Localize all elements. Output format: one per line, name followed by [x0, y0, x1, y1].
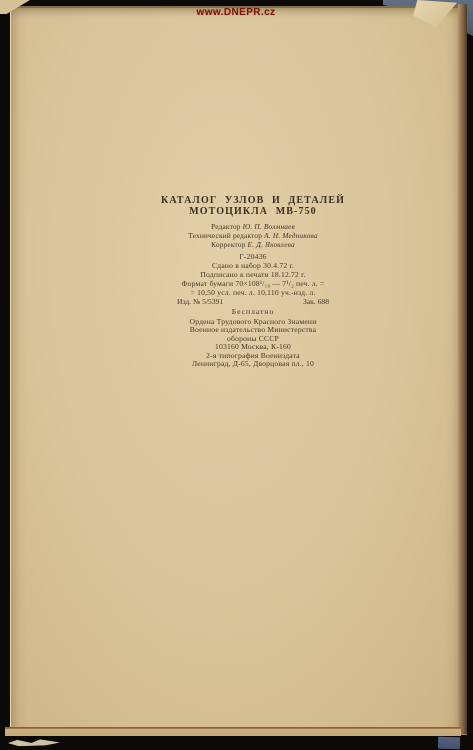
editor-label: Редактор [211, 222, 241, 231]
colophon-block: КАТАЛОГ УЗЛОВ И ДЕТАЛЕЙ МОТОЦИКЛА МВ-750… [63, 195, 443, 369]
edition-number: Изд. № 5/5391 [177, 297, 223, 306]
tech-editor-label: Технический редактор [188, 231, 262, 240]
page-stack-bottom-edge [5, 727, 461, 736]
imprint-block: Г-20436 Сдано в набор 30.4.72 г. Подписа… [63, 252, 443, 317]
book-cover-corner-bottom-right [438, 737, 460, 750]
imprint-line-format: Формат бумаги 70×108¹/₁₆ — 7¹/₂ печ. л. … [63, 279, 443, 288]
watermark-text: www.DNEPR.cz [160, 7, 312, 18]
corrector-label: Корректор [211, 240, 245, 249]
page-right-edge-shadow [458, 4, 467, 734]
order-number: Зак. 688 [303, 297, 329, 306]
torn-paper-scrap [8, 738, 60, 748]
staff-credits: Редактор Ю. П. Волмнаев Технический реда… [63, 222, 443, 249]
corrector-name: Е. Д. Яковлева [248, 240, 295, 249]
catalog-title-line2: МОТОЦИКЛА МВ-750 [63, 206, 443, 217]
catalog-title-line1: КАТАЛОГ УЗЛОВ И ДЕТАЛЕЙ [63, 195, 443, 206]
editor-line: Редактор Ю. П. Волмнаев [63, 222, 443, 231]
catalog-code: Г-20436 [63, 252, 443, 261]
publisher-block: Ордена Трудового Красного Знамени Военно… [63, 318, 443, 370]
free-of-charge-label: Бесплатно [63, 307, 443, 317]
imprint-line-format2: = 10,50 усл. печ. л. 10,110 уч.-изд. л. [63, 288, 443, 297]
scanned-page-scene: КАТАЛОГ УЗЛОВ И ДЕТАЛЕЙ МОТОЦИКЛА МВ-750… [0, 0, 473, 750]
imprint-line-print-date: Подписано к печати 18.12.72 г. [63, 270, 443, 279]
tech-editor-name: А. Н. Медникова [264, 231, 318, 240]
tech-editor-line: Технический редактор А. Н. Медникова [63, 231, 443, 240]
edition-order-row: Изд. № 5/5391 Зак. 688 [177, 297, 329, 306]
paper-page: КАТАЛОГ УЗЛОВ И ДЕТАЛЕЙ МОТОЦИКЛА МВ-750… [10, 6, 467, 735]
editor-name: Ю. П. Волмнаев [243, 222, 295, 231]
imprint-line-typeset: Сдано в набор 30.4.72 г. [63, 261, 443, 270]
corrector-line: Корректор Е. Д. Яковлева [63, 240, 443, 249]
printing-house-address: Ленинград, Д-65, Дворцовая пл., 10 [63, 360, 443, 369]
